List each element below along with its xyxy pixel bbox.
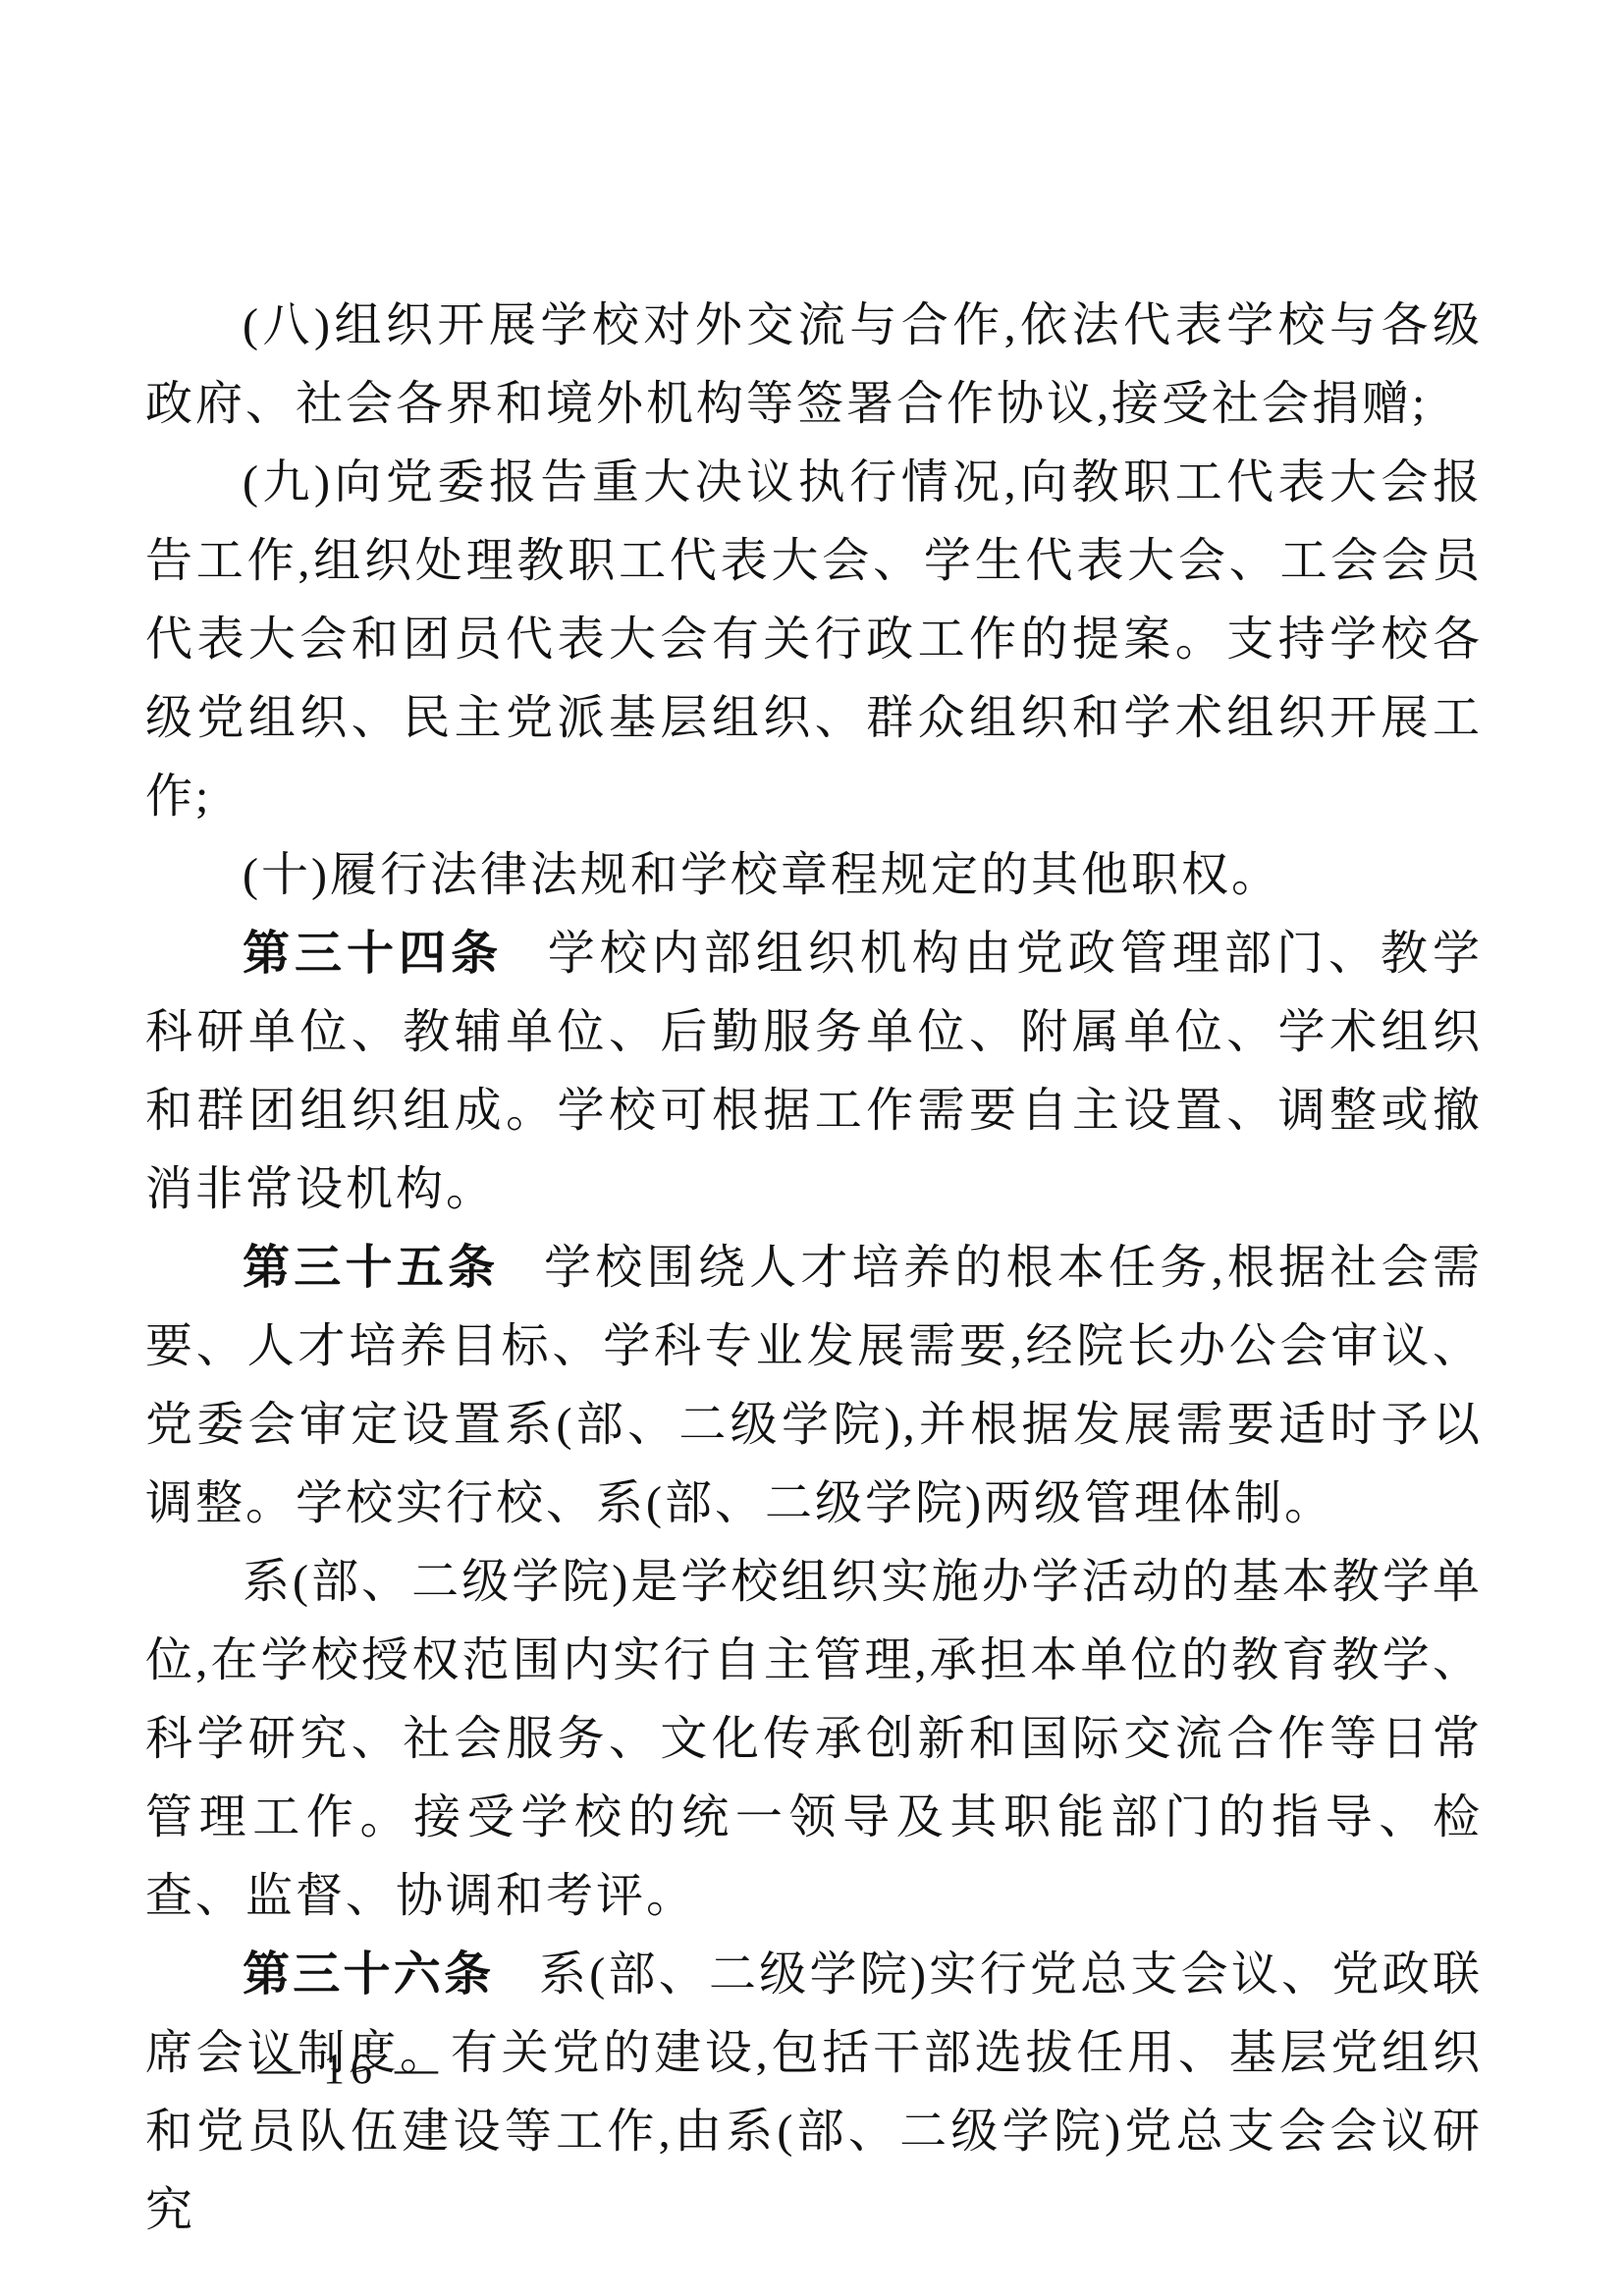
page-number: — 16 — xyxy=(257,2044,444,2094)
paragraph-item-9: (九)向党委报告重大决议执行情况,向教职工代表大会报告工作,组织处理教职工代表大… xyxy=(145,444,1483,836)
document-body: (八)组织开展学校对外交流与合作,依法代表学校与各级政府、社会各界和境外机构等签… xyxy=(145,287,1483,2250)
article-34-heading: 第三十四条 xyxy=(243,928,503,980)
article-35-heading: 第三十五条 xyxy=(243,1242,499,1294)
paragraph-item-8: (八)组织开展学校对外交流与合作,依法代表学校与各级政府、社会各界和境外机构等签… xyxy=(145,287,1483,444)
paragraph-article-35: 第三十五条学校围绕人才培养的根本任务,根据社会需要、人才培养目标、学科专业发展需… xyxy=(145,1229,1483,1543)
article-36-heading: 第三十六条 xyxy=(243,1949,494,2001)
paragraph-item-10: (十)履行法律法规和学校章程规定的其他职权。 xyxy=(145,836,1483,915)
paragraph-article-34: 第三十四条学校内部组织机构由党政管理部门、教学科研单位、教辅单位、后勤服务单位、… xyxy=(145,915,1483,1229)
paragraph-article-35-continuation: 系(部、二级学院)是学校组织实施办学活动的基本教学单位,在学校授权范围内实行自主… xyxy=(145,1543,1483,1936)
document-page: (八)组织开展学校对外交流与合作,依法代表学校与各级政府、社会各界和境外机构等签… xyxy=(0,0,1624,2296)
